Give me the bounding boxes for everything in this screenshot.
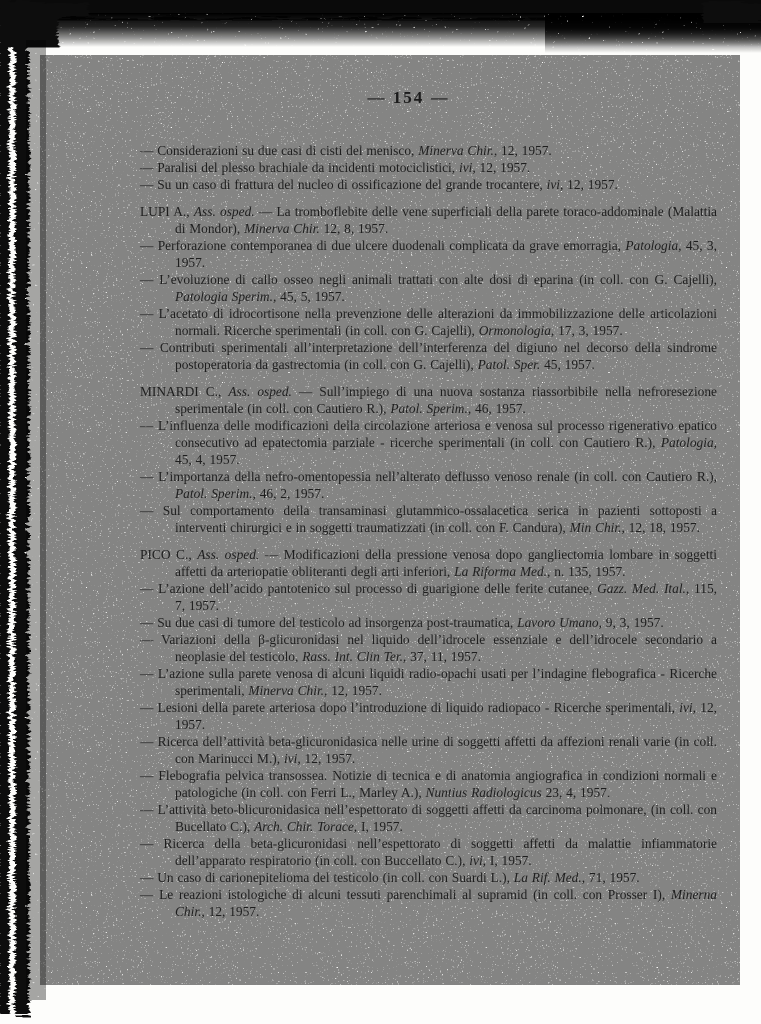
- entry-text: 37, 11, 1957.: [406, 649, 481, 664]
- entry-text: 12, 1957.: [563, 177, 618, 192]
- entry-text: 12, 18, 1957.: [625, 520, 700, 535]
- entry-text: — Su due casi di tumore del testicolo ad…: [140, 615, 517, 630]
- entry-text: 46, 1957.: [471, 401, 526, 416]
- entry-text: — Paralisi del plesso brachiale da incid…: [140, 160, 459, 175]
- journal-name: Min Chir.,: [570, 520, 625, 535]
- journal-name: Minerva Chir.,: [418, 143, 497, 158]
- bibliography-entry: — Considerazioni su due casi di cisti de…: [140, 142, 717, 159]
- bibliography-entry: — Variazioni della β-glicuronidasi nel l…: [140, 631, 717, 665]
- journal-name: Nuntius Radiologicus: [426, 785, 542, 800]
- bibliography: — Considerazioni su due casi di cisti de…: [140, 142, 717, 920]
- journal-name: Ormonologia,: [479, 323, 555, 338]
- bibliography-entry: — Flebografia pelvica transossea. Notizi…: [140, 767, 717, 801]
- journal-name: Patologia,: [625, 238, 681, 253]
- entry-text: — Ricerca dell’attività beta-glicuronida…: [140, 734, 717, 766]
- entry-text: 46, 2, 1957.: [256, 486, 324, 501]
- journal-name: Ass. osped.: [197, 547, 259, 562]
- journal-name: Patol. Sper.: [478, 357, 541, 372]
- entry-text: — L’evoluzione di callo osseo negli anim…: [140, 272, 717, 287]
- page-content: — 154 — — Considerazioni su due casi di …: [140, 88, 717, 920]
- journal-name: Patologia Sperim.,: [175, 289, 276, 304]
- entry-text: 71, 1957.: [585, 870, 640, 885]
- bibliography-entry: — Contributi sperimentali all’interpreta…: [140, 339, 717, 373]
- bibliography-section: — Considerazioni su due casi di cisti de…: [140, 142, 717, 193]
- entry-text: 9, 3, 1957.: [602, 615, 664, 630]
- entry-text: 17, 3, 1957.: [554, 323, 622, 338]
- bibliography-entry: — Paralisi del plesso brachiale da incid…: [140, 159, 717, 176]
- entry-text: — Ricerca della beta-glicuronidasi nell’…: [140, 836, 717, 868]
- bibliography-entry: — Le reazioni istologiche di alcuni tess…: [140, 886, 717, 920]
- bibliography-entry: PICO C., Ass. osped. — Modificazioni del…: [140, 546, 717, 580]
- entry-text: 12, 1957.: [205, 904, 260, 919]
- journal-name: ivi,: [469, 853, 486, 868]
- entry-text: n. 135, 1957.: [550, 564, 625, 579]
- binding-edge: [0, 0, 86, 1014]
- entry-text: — L’azione sulla parete venosa di alcuni…: [140, 666, 717, 698]
- journal-name: Ass. osped.: [228, 384, 292, 399]
- top-scan-band: [0, 0, 761, 53]
- entry-text: PICO C.,: [140, 547, 197, 562]
- entry-text: 12, 1957.: [476, 160, 531, 175]
- journal-name: Minerva Chir.,: [248, 683, 327, 698]
- bibliography-section: MINARDI C., Ass. osped. — Sull’impiego d…: [140, 383, 717, 536]
- bibliography-section: PICO C., Ass. osped. — Modificazioni del…: [140, 546, 717, 920]
- bibliography-entry: — Perforazione contemporanea di due ulce…: [140, 237, 717, 271]
- entry-text: 12, 1957.: [301, 751, 356, 766]
- entry-text: — Un caso di carionepitelioma del testic…: [140, 870, 514, 885]
- bibliography-entry: MINARDI C., Ass. osped. — Sull’impiego d…: [140, 383, 717, 417]
- entry-text: — L’importanza della nefro-omentopessia …: [140, 469, 717, 484]
- journal-name: Patol. Sperim.,: [390, 401, 471, 416]
- journal-name: Ass. osped.: [194, 204, 255, 219]
- journal-name: ivi,: [284, 751, 301, 766]
- entry-text: 23, 4, 1957.: [542, 785, 610, 800]
- entry-text: 45, 5, 1957.: [276, 289, 344, 304]
- entry-text: — L’influenza delle modificazioni della …: [140, 418, 717, 450]
- journal-name: Patologia,: [661, 435, 717, 450]
- bibliography-entry: — Ricerca dell’attività beta-glicuronida…: [140, 733, 717, 767]
- entry-text: 12, 8, 1957.: [320, 221, 388, 236]
- journal-name: Patol. Sperim.,: [175, 486, 256, 501]
- bibliography-entry: — L’azione dell’acido pantotenico sul pr…: [140, 580, 717, 614]
- entry-text: — Su un caso di frattura del nucleo di o…: [140, 177, 547, 192]
- entry-text: 12, 1957.: [497, 143, 552, 158]
- bibliography-entry: LUPI A., Ass. osped. — La tromboflebite …: [140, 203, 717, 237]
- entry-text: — Le reazioni istologiche di alcuni tess…: [140, 887, 671, 902]
- entry-text: I, 1957.: [486, 853, 532, 868]
- entry-text: MINARDI C.,: [140, 384, 228, 399]
- entry-text: 12, 1957.: [327, 683, 382, 698]
- bibliography-entry: — L’evoluzione di callo osseo negli anim…: [140, 271, 717, 305]
- bibliography-entry: — L’attività beto-blicuronidasica nell’e…: [140, 801, 717, 835]
- journal-name: ivi,: [679, 700, 696, 715]
- bibliography-entry: — Su due casi di tumore del testicolo ad…: [140, 614, 717, 631]
- page-number: — 154 —: [140, 88, 677, 108]
- bibliography-entry: — L’importanza della nefro-omentopessia …: [140, 468, 717, 502]
- bibliography-entry: — Lesioni della parete arteriosa dopo l’…: [140, 699, 717, 733]
- journal-name: Minerva Chir.: [244, 221, 320, 236]
- bibliography-entry: — Ricerca della beta-glicuronidasi nell’…: [140, 835, 717, 869]
- journal-name: Gazz. Med. Ital.,: [597, 581, 689, 596]
- entry-text: — Contributi sperimentali all’interpreta…: [140, 340, 717, 372]
- journal-name: Rass. Int. Clin Ter.,: [302, 649, 406, 664]
- journal-name: Arch. Chir. Torace,: [254, 819, 357, 834]
- bibliography-entry: — Sul comportamento della transaminasi g…: [140, 502, 717, 536]
- bibliography-entry: — L’azione sulla parete venosa di alcuni…: [140, 665, 717, 699]
- bibliography-section: LUPI A., Ass. osped. — La tromboflebite …: [140, 203, 717, 373]
- journal-name: ivi,: [547, 177, 564, 192]
- journal-name: Lavoro Umano,: [517, 615, 602, 630]
- entry-text: — L’acetato di idrocortisone nella preve…: [140, 306, 717, 338]
- entry-text: — L’azione dell’acido pantotenico sul pr…: [140, 581, 597, 596]
- entry-text: LUPI A.,: [140, 204, 194, 219]
- journal-name: ivi,: [459, 160, 476, 175]
- bibliography-entry: — Su un caso di frattura del nucleo di o…: [140, 176, 717, 193]
- entry-text: 45, 4, 1957.: [175, 452, 240, 467]
- entry-text: 45, 1957.: [540, 357, 595, 372]
- bibliography-entry: — Un caso di carionepitelioma del testic…: [140, 869, 717, 886]
- bibliography-entry: — L’influenza delle modificazioni della …: [140, 417, 717, 468]
- journal-name: La Riforma Med.,: [454, 564, 550, 579]
- journal-name: La Rif. Med.,: [514, 870, 585, 885]
- entry-text: — Lesioni della parete arteriosa dopo l’…: [140, 700, 679, 715]
- entry-text: — Considerazioni su due casi di cisti de…: [140, 143, 418, 158]
- entry-text: — L’attività beto-blicuronidasica nell’e…: [140, 802, 717, 834]
- bibliography-entry: — L’acetato di idrocortisone nella preve…: [140, 305, 717, 339]
- entry-text: — Perforazione contemporanea di due ulce…: [140, 238, 625, 253]
- entry-text: I, 1957.: [357, 819, 403, 834]
- scanned-page: { "colors": { "ink": "#1b1b1b", "paper":…: [0, 0, 761, 1024]
